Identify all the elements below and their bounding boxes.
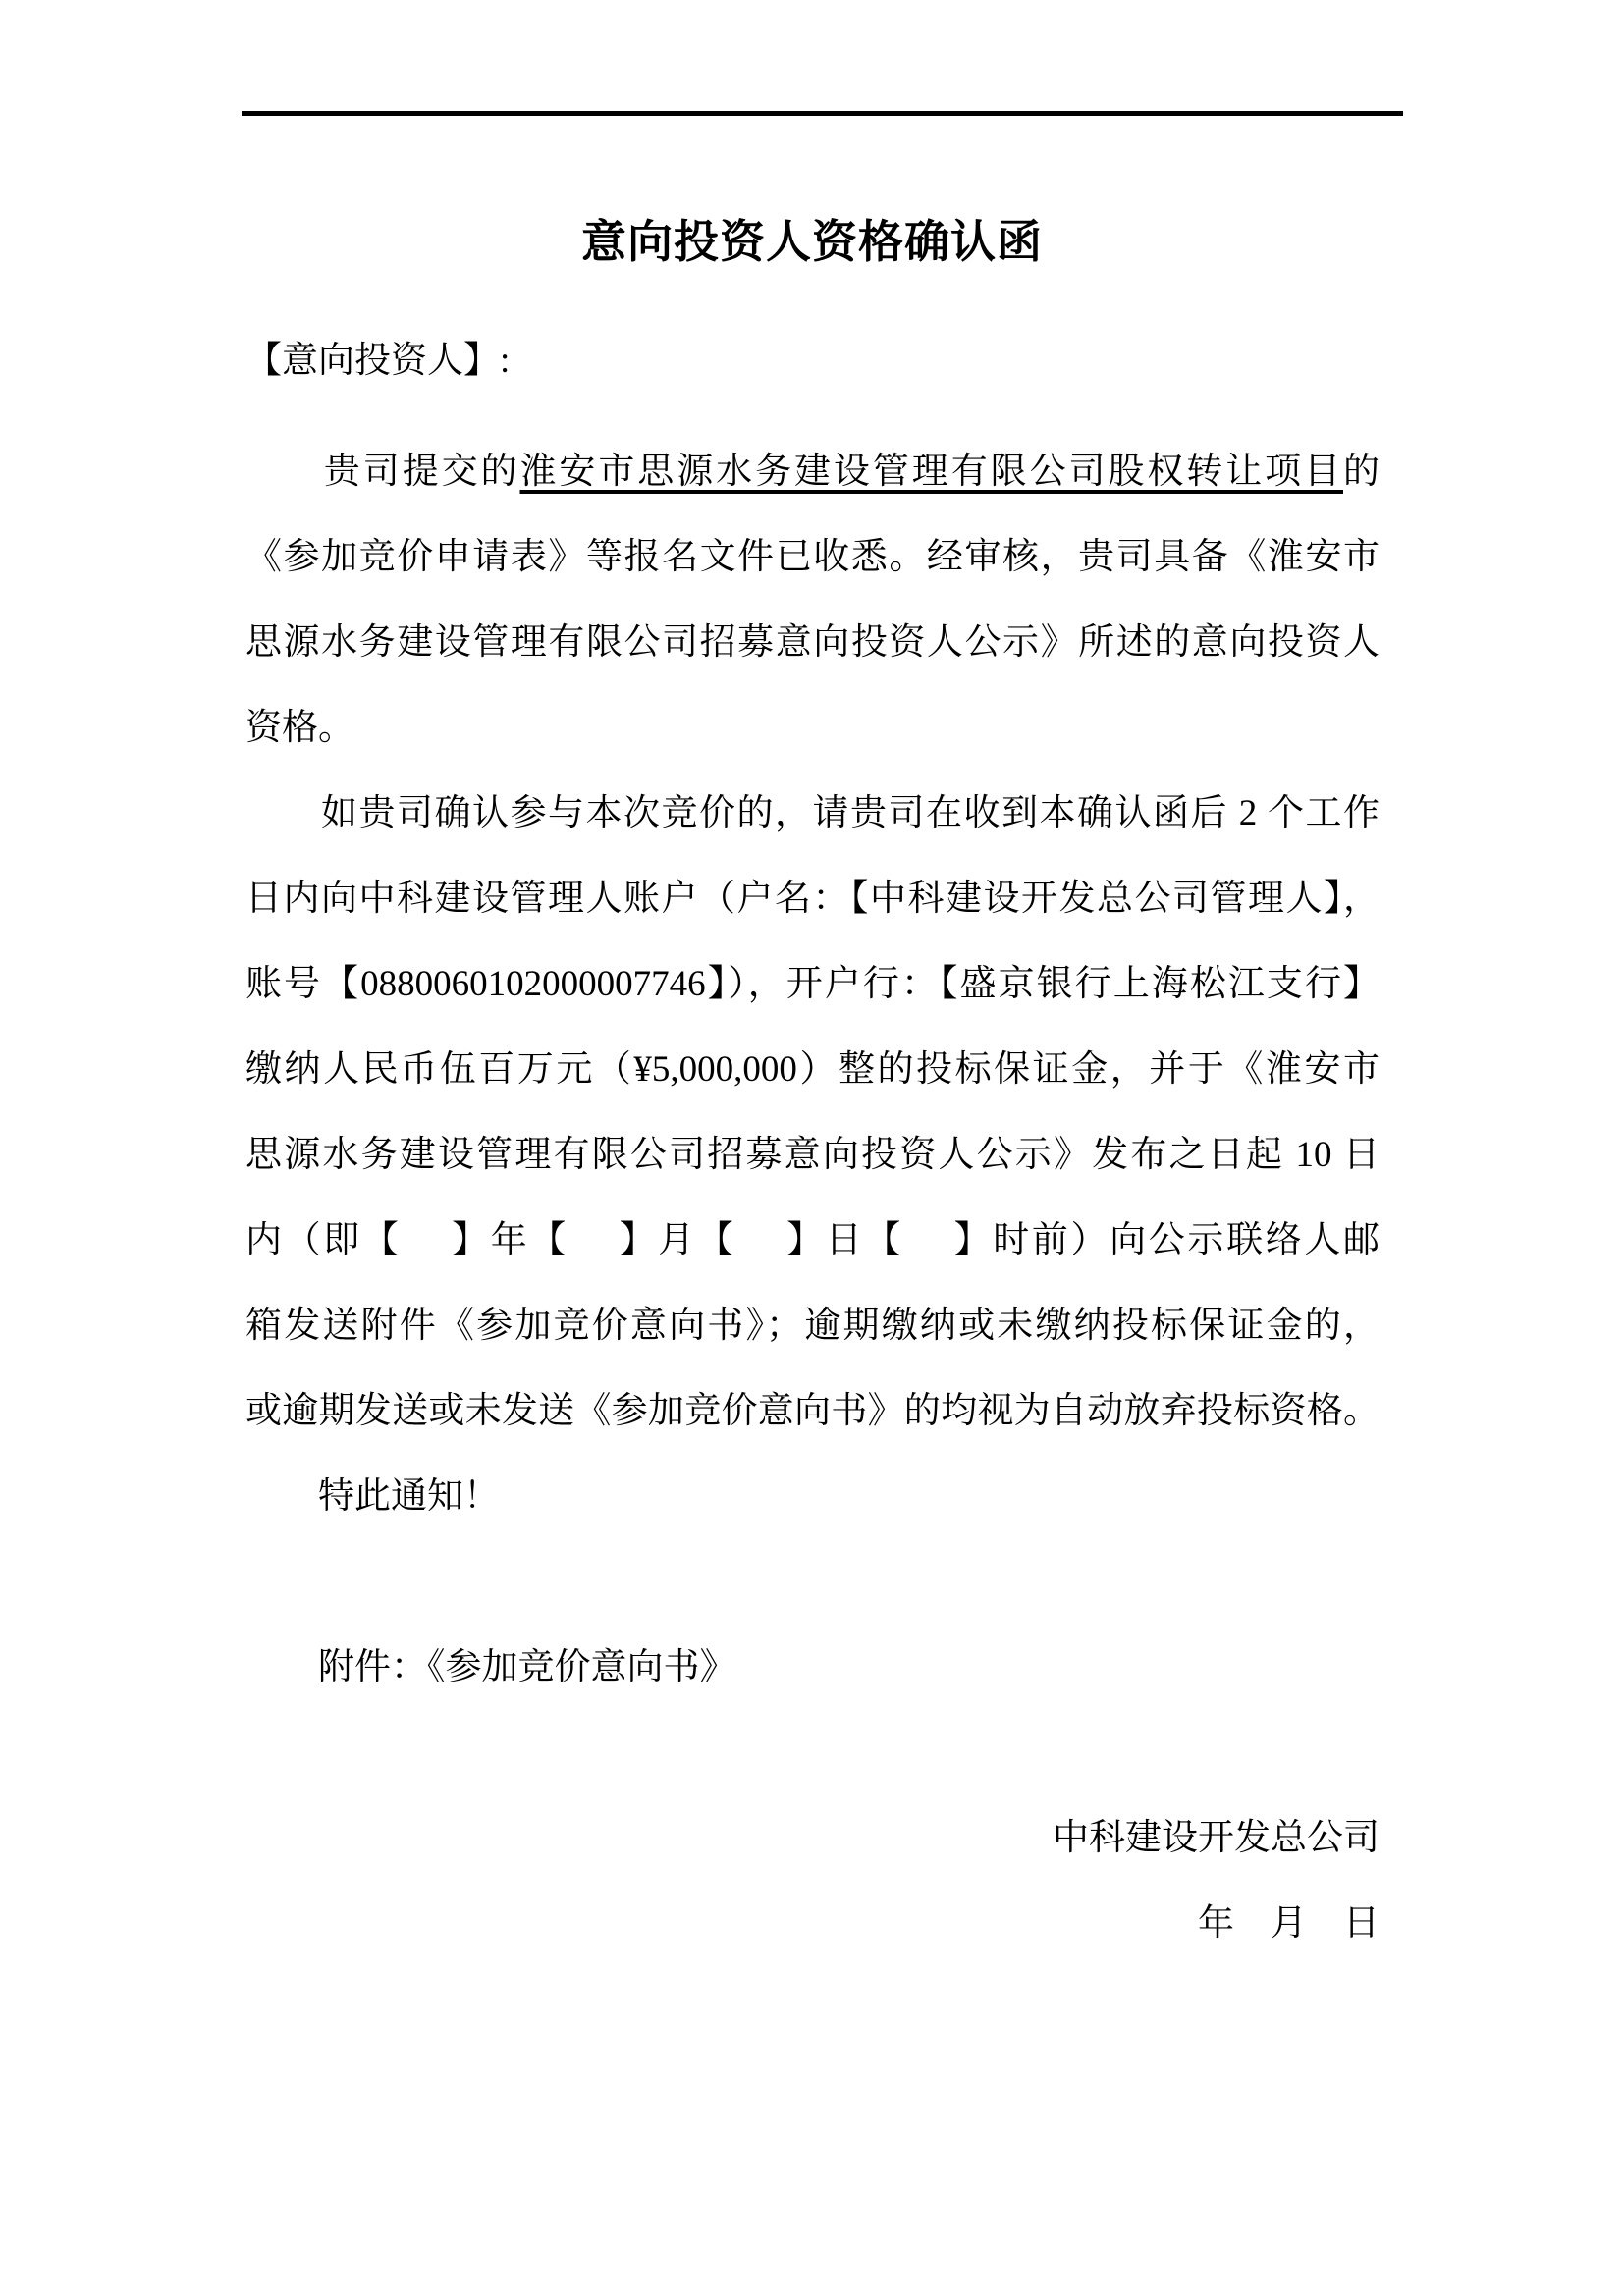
- text-segment: 日内向中科建设管理人账户（户名：【中科建设开发总公司管理人】，: [245, 879, 1380, 919]
- text-segment: 缴纳人民币伍百万元（¥5,000,000）整的投标保证金，并于《淮安市: [245, 1049, 1380, 1090]
- signature-date: 年 月 日: [245, 1881, 1380, 1966]
- body-line-7: 账号【0880060102000007746】），开户行：【盛京银行上海松江支行…: [245, 941, 1380, 1027]
- text-segment: 附件：《参加竞价意向书》: [245, 1647, 736, 1687]
- text-segment: 账号【0880060102000007746】），开户行：【盛京银行上海松江支行…: [245, 964, 1380, 1004]
- spacer-1: [245, 1539, 1380, 1625]
- signature-company: 中科建设开发总公司: [245, 1795, 1380, 1881]
- text-segment: 如贵司确认参与本次竞价的，请贵司在收到本确认函后 2 个工作: [245, 793, 1380, 833]
- body-line-1: 贵司提交的淮安市思源水务建设管理有限公司股权转让项目的: [245, 429, 1380, 514]
- body-line-3: 思源水务建设管理有限公司招募意向投资人公示》所述的意向投资人: [245, 600, 1380, 685]
- body-line-2: 《参加竞价申请表》等报名文件已收悉。经审核，贵司具备《淮安市: [245, 514, 1380, 600]
- text-segment: 思源水务建设管理有限公司招募意向投资人公示》发布之日起 10 日: [245, 1135, 1380, 1175]
- attachment-line: 附件：《参加竞价意向书》: [245, 1625, 1380, 1710]
- body-line-5: 如贵司确认参与本次竞价的，请贵司在收到本确认函后 2 个工作: [245, 771, 1380, 856]
- body-line-8: 缴纳人民币伍百万元（¥5,000,000）整的投标保证金，并于《淮安市: [245, 1027, 1380, 1112]
- text-segment: 箱发送附件《参加竞价意向书》；逾期缴纳或未缴纳投标保证金的，: [245, 1306, 1380, 1346]
- text-segment: 内（即【 】年【 】月【 】日【 】时前）向公示联络人邮: [245, 1220, 1380, 1260]
- text-segment: 贵司提交的: [245, 452, 520, 492]
- text-segment: 思源水务建设管理有限公司招募意向投资人公示》所述的意向投资人: [245, 622, 1380, 663]
- body-line-9: 思源水务建设管理有限公司招募意向投资人公示》发布之日起 10 日: [245, 1112, 1380, 1198]
- document-title: 意向投资人资格确认函: [0, 218, 1624, 268]
- text-segment: 的: [1343, 452, 1380, 492]
- header-rule: [242, 111, 1403, 116]
- text-segment: 特此通知！: [245, 1476, 500, 1517]
- spacer-2: [245, 1710, 1380, 1795]
- document-body: 贵司提交的淮安市思源水务建设管理有限公司股权转让项目的《参加竞价申请表》等报名文…: [245, 429, 1380, 1966]
- body-line-10: 内（即【 】年【 】月【 】日【 】时前）向公示联络人邮: [245, 1198, 1380, 1283]
- notice-line: 特此通知！: [245, 1454, 1380, 1539]
- body-line-6: 日内向中科建设管理人账户（户名：【中科建设开发总公司管理人】，: [245, 856, 1380, 941]
- salutation-line: 【意向投资人】:: [245, 342, 510, 382]
- text-segment: 《参加竞价申请表》等报名文件已收悉。经审核，贵司具备《淮安市: [245, 537, 1380, 577]
- text-segment: 或逾期发送或未发送《参加竞价意向书》的均视为自动放弃投标资格。: [245, 1391, 1380, 1431]
- text-segment: 资格。: [245, 708, 354, 748]
- body-line-11: 箱发送附件《参加竞价意向书》；逾期缴纳或未缴纳投标保证金的，: [245, 1283, 1380, 1368]
- text-segment: 中科建设开发总公司: [1053, 1818, 1380, 1858]
- document-page: 意向投资人资格确认函 【意向投资人】: 贵司提交的淮安市思源水务建设管理有限公司…: [0, 0, 1624, 2296]
- text-segment: 年 月 日: [1198, 1903, 1380, 1944]
- body-line-12: 或逾期发送或未发送《参加竞价意向书》的均视为自动放弃投标资格。: [245, 1368, 1380, 1454]
- underlined-project-name: 淮安市思源水务建设管理有限公司股权转让项目: [520, 452, 1344, 492]
- body-line-4: 资格。: [245, 685, 1380, 771]
